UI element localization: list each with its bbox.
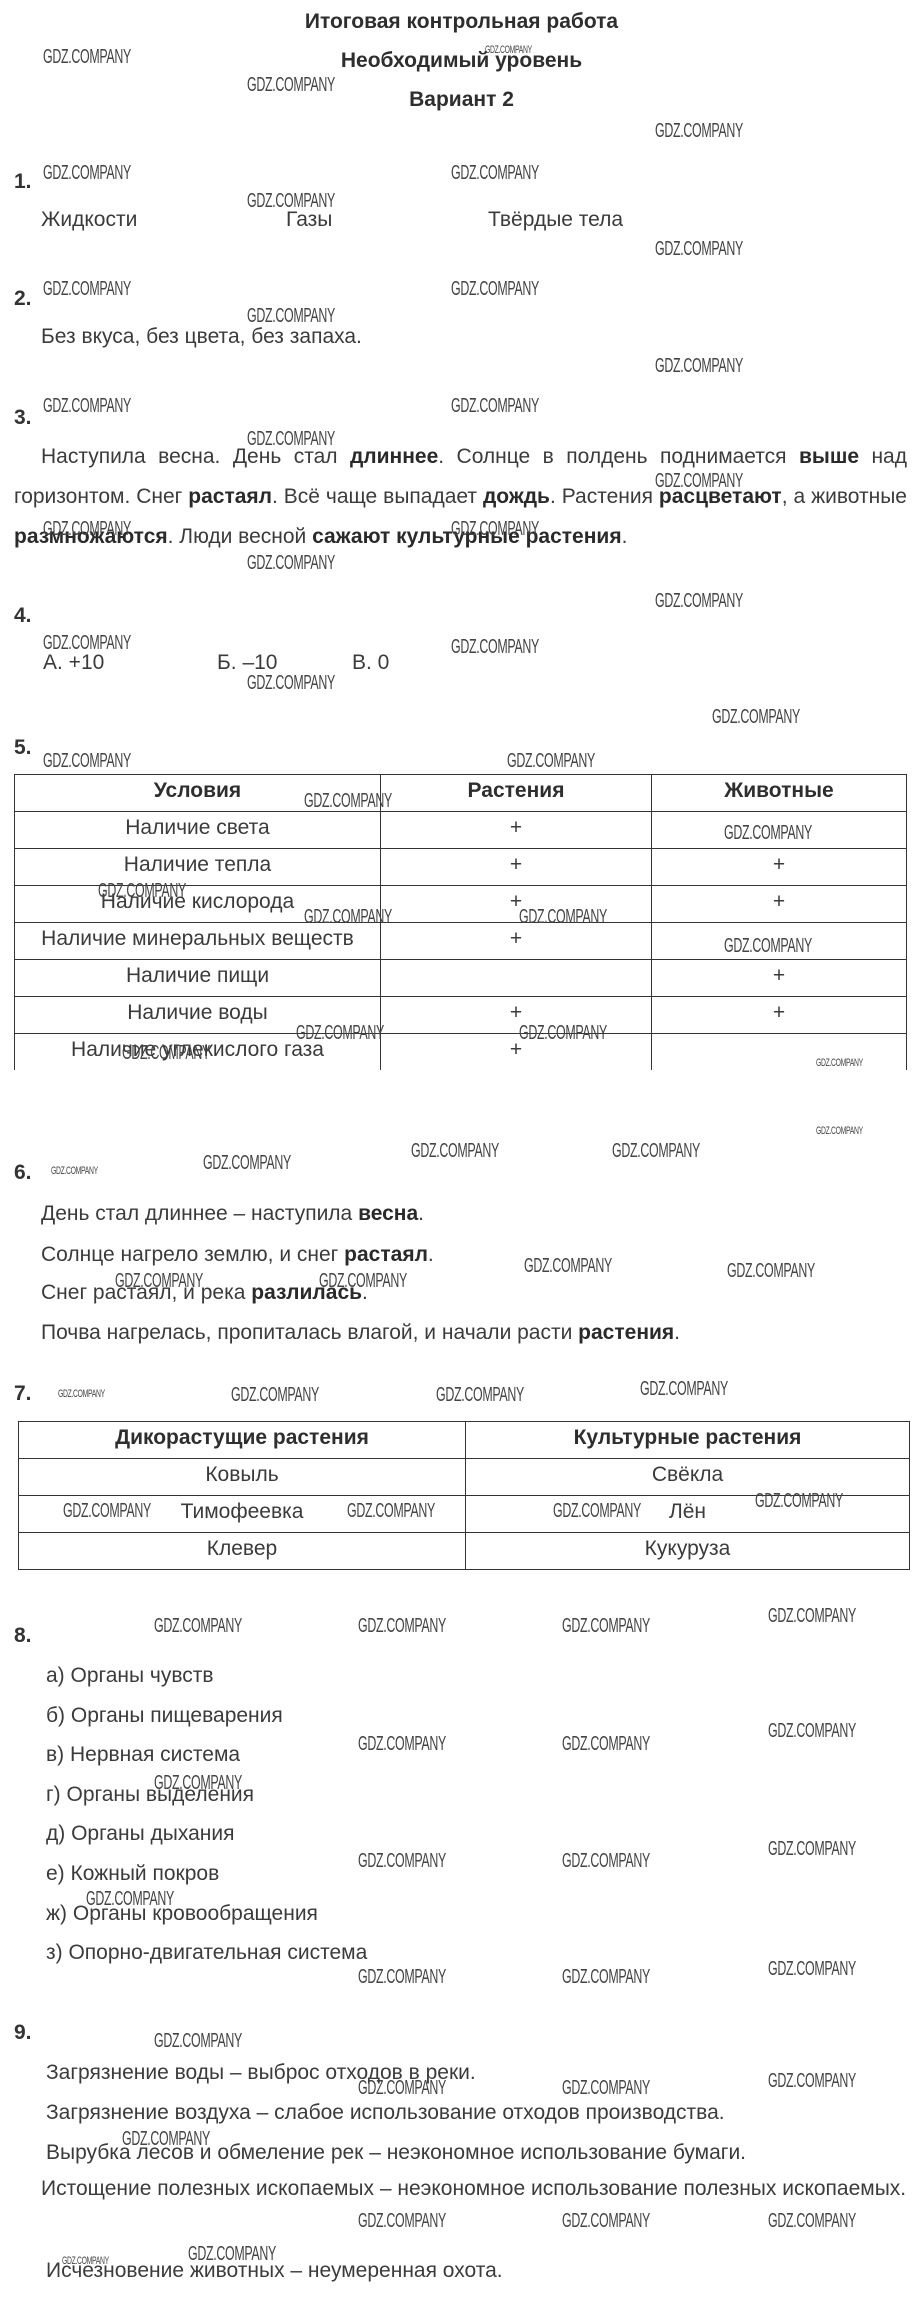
watermark-text-small: GDZ.COMPANY — [58, 1388, 105, 1400]
watermark-text-small: GDZ.COMPANY — [51, 1165, 98, 1177]
question-4-number: 4. — [14, 604, 32, 628]
question-3-number: 3. — [14, 406, 32, 430]
text-segment: . Растения — [550, 485, 659, 508]
key-word: дождь — [483, 485, 550, 508]
option-a: А. +10 — [43, 651, 104, 675]
line-end: . — [674, 1321, 680, 1344]
question-9-number: 9. — [14, 2021, 32, 2045]
list-item: Вырубка лесов и обмеление рек – неэконом… — [46, 2141, 746, 2165]
conditions-table: Условия Растения Животные Наличие света+… — [14, 774, 907, 1070]
condition-cell: Наличие тепла — [15, 849, 381, 886]
animals-cell — [652, 923, 907, 960]
table-row: КлеверКукуруза — [19, 1533, 910, 1570]
key-word: выше — [799, 445, 859, 468]
text-segment: . Всё чаще выпадает — [272, 485, 483, 508]
table-row: Наличие света+ — [15, 812, 907, 849]
sequence-line: Снег растаял, и река разлилась. — [41, 1281, 368, 1305]
watermark-text: GDZ.COMPANY — [768, 1720, 856, 1743]
list-item: ж) Органы кровообращения — [46, 1902, 318, 1926]
plants-table: Дикорастущие растения Культурные растени… — [18, 1421, 910, 1570]
wild-plant-cell: Ковыль — [19, 1459, 466, 1496]
key-word: разлилась — [251, 1281, 362, 1304]
plants-cell: + — [381, 886, 652, 923]
list-item: б) Органы пищеварения — [46, 1704, 283, 1728]
text-segment: , а животные — [782, 485, 907, 508]
table-row: ТимофеевкаЛён — [19, 1496, 910, 1533]
question-2-number: 2. — [14, 287, 32, 311]
watermark-text: GDZ.COMPANY — [768, 2210, 856, 2233]
list-item: Исчезновение животных – неумеренная охот… — [46, 2259, 503, 2283]
watermark-text-small: GDZ.COMPANY — [816, 1125, 863, 1137]
watermark-text: GDZ.COMPANY — [562, 1615, 650, 1638]
list-item: Загрязнение воды – выброс отходов в реки… — [46, 2061, 476, 2085]
watermark-text: GDZ.COMPANY — [507, 750, 595, 773]
key-word: размножаются — [14, 525, 168, 548]
cultivated-plant-cell: Лён — [466, 1496, 910, 1533]
document-title: Итоговая контрольная работа — [0, 10, 923, 34]
watermark-text: GDZ.COMPANY — [562, 1966, 650, 1989]
watermark-text: GDZ.COMPANY — [451, 278, 539, 301]
watermark-text: GDZ.COMPANY — [768, 1958, 856, 1981]
animals-cell — [652, 1034, 907, 1071]
line-text: Солнце нагрело землю, и снег — [41, 1243, 344, 1266]
key-word: сажают культурные растения — [312, 525, 621, 548]
state-gases: Газы — [286, 208, 332, 232]
key-word: весна — [358, 1202, 418, 1225]
question-3-paragraph: Наступила весна. День стал длиннее. Солн… — [14, 437, 907, 557]
key-word: растаял — [188, 485, 272, 508]
watermark-text: GDZ.COMPANY — [231, 1384, 319, 1407]
animals-cell: + — [652, 960, 907, 997]
key-word: растаял — [344, 1243, 428, 1266]
watermark-text: GDZ.COMPANY — [768, 1838, 856, 1861]
watermark-text: GDZ.COMPANY — [358, 1850, 446, 1873]
plants-cell: + — [381, 849, 652, 886]
plants-cell: + — [381, 923, 652, 960]
animals-cell — [652, 812, 907, 849]
plants-cell: + — [381, 1034, 652, 1071]
watermark-text: GDZ.COMPANY — [562, 2210, 650, 2233]
watermark-text: GDZ.COMPANY — [43, 278, 131, 301]
watermark-text: GDZ.COMPANY — [411, 1140, 499, 1163]
wild-plant-cell: Клевер — [19, 1533, 466, 1570]
watermark-text: GDZ.COMPANY — [712, 706, 800, 729]
key-word: длиннее — [350, 445, 438, 468]
animals-cell: + — [652, 849, 907, 886]
table-row: Наличие тепла++ — [15, 849, 907, 886]
column-header-animals: Животные — [652, 775, 907, 812]
watermark-text: GDZ.COMPANY — [655, 590, 743, 613]
option-c: В. 0 — [352, 651, 389, 675]
condition-cell: Наличие пищи — [15, 960, 381, 997]
watermark-text: GDZ.COMPANY — [562, 1733, 650, 1756]
watermark-text: GDZ.COMPANY — [436, 1384, 524, 1407]
animals-cell: + — [652, 886, 907, 923]
watermark-text: GDZ.COMPANY — [43, 162, 131, 185]
question-5-number: 5. — [14, 736, 32, 760]
option-b: Б. –10 — [217, 651, 278, 675]
question-6-number: 6. — [14, 1161, 32, 1185]
watermark-text: GDZ.COMPANY — [562, 2077, 650, 2100]
cultivated-plant-cell: Свёкла — [466, 1459, 910, 1496]
line-end: . — [428, 1243, 434, 1266]
text-segment: . Люди весной — [168, 525, 313, 548]
table-row: Наличие минеральных веществ+ — [15, 923, 907, 960]
level-heading: Необходимый уровень — [0, 49, 923, 73]
watermark-text: GDZ.COMPANY — [640, 1378, 728, 1401]
line-text: Истощение полезных ископаемых – неэконом… — [41, 2177, 906, 2200]
watermark-text: GDZ.COMPANY — [768, 1605, 856, 1628]
watermark-text: GDZ.COMPANY — [562, 1850, 650, 1873]
table-row: КовыльСвёкла — [19, 1459, 910, 1496]
list-item: з) Опорно-двигательная система — [46, 1941, 367, 1965]
variant-heading: Вариант 2 — [0, 88, 923, 112]
watermark-text: GDZ.COMPANY — [612, 1140, 700, 1163]
column-header-conditions: Условия — [15, 775, 381, 812]
watermark-text: GDZ.COMPANY — [358, 2210, 446, 2233]
condition-cell: Наличие углекислого газа — [15, 1034, 381, 1071]
plants-cell: + — [381, 812, 652, 849]
state-liquids: Жидкости — [41, 208, 137, 232]
watermark-text: GDZ.COMPANY — [451, 636, 539, 659]
question-1-number: 1. — [14, 170, 32, 194]
table-row: Наличие пищи+ — [15, 960, 907, 997]
watermark-text: GDZ.COMPANY — [358, 1966, 446, 1989]
key-word: растения — [578, 1321, 674, 1344]
text-segment: . Солнце в полдень поднимается — [438, 445, 799, 468]
watermark-text: GDZ.COMPANY — [154, 2030, 242, 2053]
line-text: Снег растаял, и река — [41, 1281, 251, 1304]
list-item: а) Органы чувств — [46, 1664, 214, 1688]
line-end: . — [362, 1281, 368, 1304]
animals-cell: + — [652, 997, 907, 1034]
line-end: . — [418, 1202, 424, 1225]
condition-cell: Наличие кислорода — [15, 886, 381, 923]
watermark-text: GDZ.COMPANY — [154, 1615, 242, 1638]
watermark-text: GDZ.COMPANY — [451, 395, 539, 418]
question-2-answer: Без вкуса, без цвета, без запаха. — [41, 325, 362, 349]
plants-cell — [381, 960, 652, 997]
watermark-text: GDZ.COMPANY — [43, 395, 131, 418]
watermark-text: GDZ.COMPANY — [524, 1255, 612, 1278]
cultivated-plant-cell: Кукуруза — [466, 1533, 910, 1570]
column-header-cultivated: Культурные растения — [466, 1422, 910, 1459]
watermark-text: GDZ.COMPANY — [358, 1615, 446, 1638]
table-row: Наличие воды++ — [15, 997, 907, 1034]
list-item: г) Органы выделения — [46, 1783, 254, 1807]
list-item: д) Органы дыхания — [46, 1822, 235, 1846]
watermark-text: GDZ.COMPANY — [203, 1152, 291, 1175]
watermark-text: GDZ.COMPANY — [768, 2070, 856, 2093]
sequence-line: Почва нагрелась, пропиталась влагой, и н… — [41, 1321, 680, 1345]
watermark-text: GDZ.COMPANY — [655, 238, 743, 261]
watermark-text: GDZ.COMPANY — [655, 355, 743, 378]
question-8-number: 8. — [14, 1624, 32, 1648]
column-header-plants: Растения — [381, 775, 652, 812]
condition-cell: Наличие воды — [15, 997, 381, 1034]
sequence-line: День стал длиннее – наступила весна. — [41, 1202, 424, 1226]
text-segment: . — [622, 525, 628, 548]
question-7-number: 7. — [14, 1382, 32, 1406]
key-word: расцветают — [659, 485, 782, 508]
table-row: Наличие кислорода++ — [15, 886, 907, 923]
sequence-line: Солнце нагрело землю, и снег растаял. — [41, 1243, 434, 1267]
list-item: е) Кожный покров — [46, 1862, 219, 1886]
watermark-text: GDZ.COMPANY — [43, 750, 131, 773]
table-row: Наличие углекислого газа+ — [15, 1034, 907, 1071]
watermark-text: GDZ.COMPANY — [655, 120, 743, 143]
list-item: Истощение полезных ископаемых – неэконом… — [14, 2169, 907, 2208]
watermark-text: GDZ.COMPANY — [451, 162, 539, 185]
plants-cell: + — [381, 997, 652, 1034]
condition-cell: Наличие света — [15, 812, 381, 849]
line-text: День стал длиннее – наступила — [41, 1202, 358, 1225]
line-text: Почва нагрелась, пропиталась влагой, и н… — [41, 1321, 578, 1344]
watermark-text: GDZ.COMPANY — [247, 672, 335, 695]
condition-cell: Наличие минеральных веществ — [15, 923, 381, 960]
list-item: Загрязнение воздуха – слабое использован… — [46, 2101, 725, 2125]
state-solids: Твёрдые тела — [488, 208, 623, 232]
watermark-text: GDZ.COMPANY — [727, 1260, 815, 1283]
column-header-wild: Дикорастущие растения — [19, 1422, 466, 1459]
text-segment: Наступила весна. День стал — [41, 445, 350, 468]
watermark-text: GDZ.COMPANY — [358, 1733, 446, 1756]
list-item: в) Нервная система — [46, 1743, 240, 1767]
wild-plant-cell: Тимофеевка — [19, 1496, 466, 1533]
